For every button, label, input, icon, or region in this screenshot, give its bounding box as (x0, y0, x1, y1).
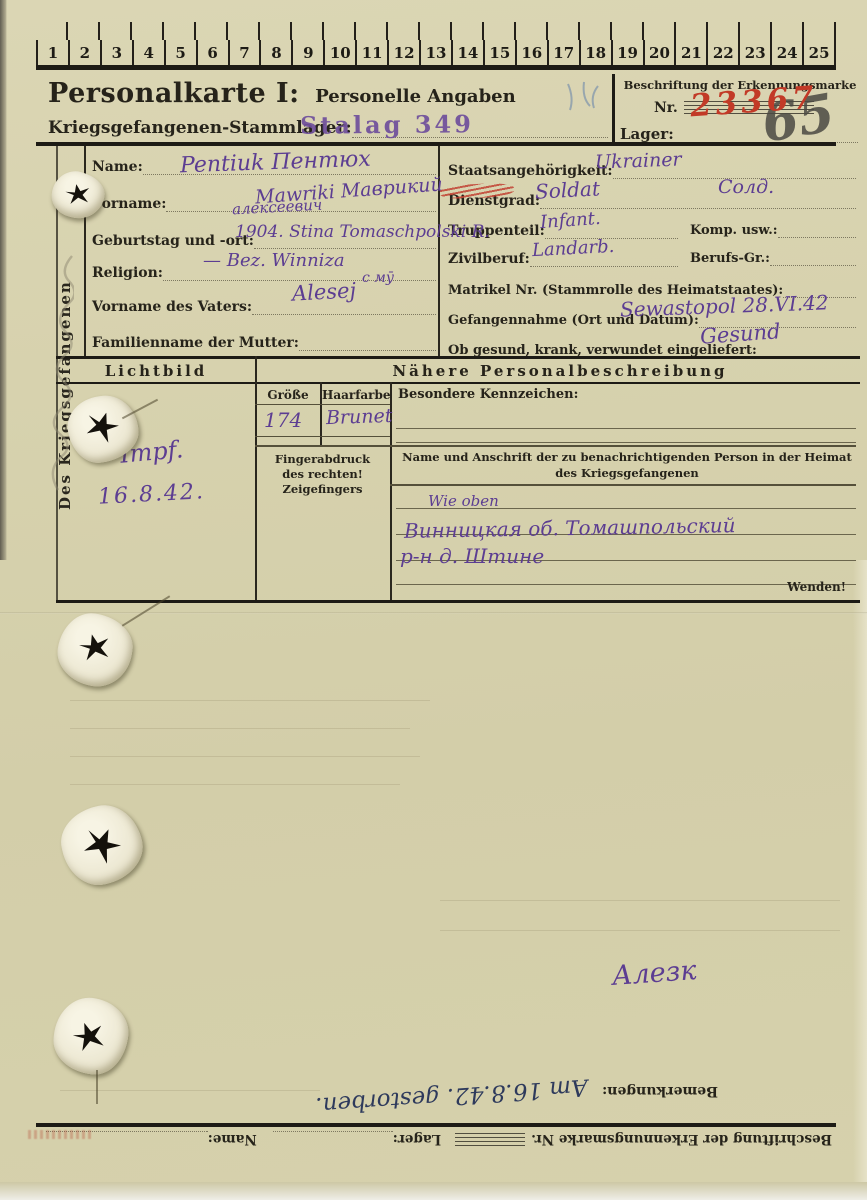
field-vater: Vorname des Vaters: (92, 298, 436, 315)
printer-code-mark (28, 1130, 94, 1139)
religion-label: Religion: (92, 265, 163, 281)
zivilberuf-value: Landarb. (532, 236, 615, 261)
anschrift-header-rule (390, 484, 856, 486)
bleed-line (440, 900, 840, 901)
heavy-rule-2 (56, 356, 860, 359)
ruler-number: 4 (134, 40, 166, 65)
ruler-number: 16 (517, 40, 549, 65)
ruler-number: 10 (325, 40, 357, 65)
dienstgrad-value2: Солд. (718, 176, 774, 198)
heavy-rule-3 (56, 600, 860, 603)
haarfarbe-value: Brunet (326, 405, 393, 429)
heavy-rule-1 (36, 142, 836, 146)
komp-label: Komp. usw.: (690, 223, 778, 238)
ruler-number: 14 (453, 40, 485, 65)
kennzeichen-line-2 (396, 442, 856, 443)
ruler-strip: 1234567891011121314151617181920212223242… (36, 22, 836, 70)
zivilberuf-label: Zivilberuf: (448, 251, 530, 267)
field-berufsgr: Berufs-Gr.: (690, 250, 856, 266)
field-komp: Komp. usw.: (690, 222, 856, 238)
ruler-number: 15 (485, 40, 517, 65)
personalbeschreibung-header: Nähere Personalbeschreibung (270, 362, 850, 380)
ruler-number: 18 (581, 40, 613, 65)
lichtbild-header: Lichtbild (66, 362, 246, 380)
scan-edge-right (853, 560, 867, 1200)
fingerabdruck-label-line2: des rechten! Zeigefingers (282, 467, 363, 496)
fold-crease-1 (0, 612, 867, 614)
kennzeichen-line-1 (396, 428, 856, 429)
purple-signature: Алезк (611, 955, 697, 992)
fingerprint-top-rule (255, 445, 856, 447)
footer-erkennungsmarke-row: Beschriftung der Erkennungsmarke Nr. Lag… (36, 1127, 836, 1150)
haarfarbe-label: Haarfarbe (322, 388, 388, 402)
pow-personal-card-scan: 1234567891011121314151617181920212223242… (0, 0, 867, 1200)
bleed-line (70, 756, 420, 757)
ruler-ticks (36, 22, 836, 40)
scan-edge-left (0, 0, 7, 560)
anschrift-value-1: Wie oben (428, 492, 499, 510)
vater-label: Vorname des Vaters: (92, 299, 252, 315)
fingerabdruck-label-line1: Fingerabdruck (275, 452, 370, 466)
card-subtitle: Personelle Angaben (315, 86, 516, 107)
footer-bemerkungen-row: Bemerkungen: Am 16.8.42. gestorben. (36, 1083, 718, 1109)
ruler-number: 12 (389, 40, 421, 65)
geburtstag-value2: — Bez. Winniza (203, 250, 345, 271)
groesse-label: Größe (257, 388, 319, 402)
geburtstag-label: Geburtstag und -ort: (92, 233, 254, 249)
ruler-number: 22 (708, 40, 740, 65)
name-label: Name: (92, 159, 143, 175)
anschrift-label: Name und Anschrift der zu benachrichtige… (402, 450, 852, 481)
ruler-number: 1 (36, 40, 70, 65)
berufsgr-label: Berufs-Gr.: (690, 251, 770, 266)
ruler-number: 11 (357, 40, 389, 65)
field-dienstgrad: Dienstgrad: (448, 192, 856, 209)
footer-nr-ruled-lines (455, 1131, 525, 1149)
truppenteil-value: Infant. (539, 208, 601, 233)
lager-label: Lager: (620, 125, 674, 143)
ruler-number: 8 (261, 40, 293, 65)
anschrift-value-3: р-н д. Штине (400, 544, 544, 568)
kennzeichen-label: Besondere Kennzeichen: (398, 387, 598, 402)
footer-name-label: Name: (208, 1131, 257, 1147)
blue-ink-scribble (558, 76, 618, 136)
geburtstag-value: 1904. Stina Tomaschpolski R. (235, 222, 490, 242)
nr-label: Nr. (654, 100, 678, 116)
stalag-stamp: Stalag 349 (300, 109, 474, 140)
bleed-line (70, 700, 430, 701)
ruler-number: 7 (230, 40, 262, 65)
bemerkungen-label: Bemerkungen: (602, 1083, 718, 1099)
bleed-line (70, 784, 400, 785)
ruler-number: 6 (198, 40, 230, 65)
crack-3 (96, 1070, 98, 1104)
photo-note-date: 16.8.42. (97, 479, 205, 510)
page-title: Personalkarte I: Personelle Angaben (48, 78, 516, 109)
ruler-numbers: 1234567891011121314151617181920212223242… (36, 40, 836, 70)
mutter-label: Familienname der Mutter: (92, 335, 299, 351)
card-title: Personalkarte I: (48, 78, 300, 109)
groesse-value: 174 (264, 408, 302, 432)
dienstgrad-value: Soldat (534, 176, 600, 203)
ruler-number: 9 (293, 40, 325, 65)
bemerkungen-value: Am 16.8.42. gestorben. (315, 1073, 589, 1118)
scan-edge-bottom (0, 1182, 867, 1200)
ruler-number: 3 (102, 40, 134, 65)
ruler-number: 25 (804, 40, 836, 65)
groesse-bottom-rule (255, 436, 390, 437)
bleed-line (70, 728, 410, 729)
ruler-number: 24 (772, 40, 804, 65)
pencil-signature (40, 240, 74, 500)
ruler-number: 23 (740, 40, 772, 65)
ruler-number: 5 (166, 40, 198, 65)
footer-erkennungsmarke-label: Beschriftung der Erkennungsmarke Nr. (531, 1131, 832, 1147)
ruler-number: 13 (421, 40, 453, 65)
ruler-number: 21 (676, 40, 708, 65)
ruler-number: 19 (613, 40, 645, 65)
wenden-label: Wenden! (756, 580, 846, 594)
anschrift-value-2: Винницкая об. Томашпольский (404, 513, 736, 543)
footer-lager-label: Lager: (393, 1131, 441, 1147)
fingerabdruck-label: Fingerabdruck des rechten! Zeigefingers (257, 452, 388, 497)
footer-lager-line (273, 1131, 393, 1150)
rule-under-headers (56, 382, 860, 384)
ruler-number: 2 (70, 40, 102, 65)
vater-value: Alesej (291, 278, 356, 305)
vorname-value2: алексеевич (232, 196, 323, 219)
field-mutter: Familienname der Mutter: (92, 334, 436, 351)
footer-heavy-rule (36, 1123, 836, 1127)
ruler-number: 17 (549, 40, 581, 65)
rotated-footer: Beschriftung der Erkennungsmarke Nr. Lag… (36, 1046, 836, 1150)
vater-value2: с мӯ (362, 270, 394, 286)
staat-value: Ukrainer (595, 148, 682, 173)
bleed-line (440, 930, 840, 931)
ruler-number: 20 (645, 40, 677, 65)
